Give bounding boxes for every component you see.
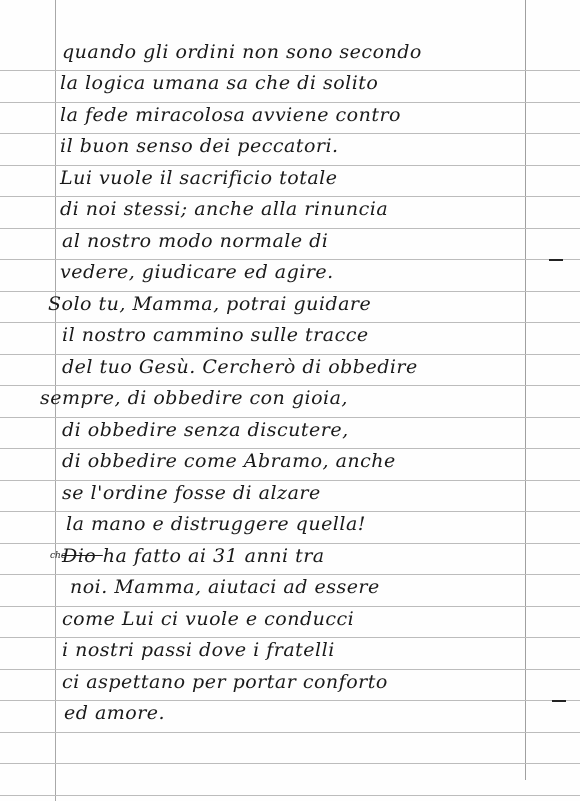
line-text: il buon senso dei peccatori. <box>60 131 339 162</box>
handwritten-line: di obbedire come Abramo, anche <box>0 448 580 479</box>
handwritten-line: come Lui ci vuole e conducci <box>0 606 580 637</box>
handwritten-line: il buon senso dei peccatori. <box>0 133 580 164</box>
handwritten-line: vedere, giudicare ed agire. <box>0 259 580 290</box>
line-text: sempre, di obbedire con gioia, <box>40 383 348 414</box>
line-text: ed amore. <box>64 698 165 729</box>
line-text: Lui vuole il sacrificio totale <box>60 163 337 194</box>
line-text: di noi stessi; anche alla rinuncia <box>60 194 388 225</box>
handwritten-line: noi. Mamma, aiutaci ad essere <box>0 574 580 605</box>
handwritten-line: del tuo Gesù. Cercherò di obbedire <box>0 354 580 385</box>
line-text: al nostro modo normale di <box>62 226 328 257</box>
notebook-page: quando gli ordini non sono secondola log… <box>0 0 580 801</box>
handwritten-line: di noi stessi; anche alla rinuncia <box>0 196 580 227</box>
handwritten-line: la fede miracolosa avviene contro <box>0 102 580 133</box>
handwritten-line: i nostri passi dove i fratelli <box>0 637 580 668</box>
line-text: Solo tu, Mamma, potrai guidare <box>48 289 371 320</box>
handwritten-line: la logica umana sa che di solito <box>0 70 580 101</box>
line-text: del tuo Gesù. Cercherò di obbedire <box>62 352 418 383</box>
line-text: la logica umana sa che di solito <box>60 68 378 99</box>
line-text: di obbedire come Abramo, anche <box>62 446 396 477</box>
line-text: vedere, giudicare ed agire. <box>60 257 334 288</box>
line-text: se l'ordine fosse di alzare <box>62 478 321 509</box>
handwritten-line: quando gli ordini non sono secondo <box>0 39 580 70</box>
handwritten-line: di obbedire senza discutere, <box>0 417 580 448</box>
handwritten-line: il nostro cammino sulle tracce <box>0 322 580 353</box>
line-text: la fede miracolosa avviene contro <box>60 100 401 131</box>
line-text: il nostro cammino sulle tracce <box>62 320 369 351</box>
line-text: come Lui ci vuole e conducci <box>62 604 354 635</box>
handwritten-line: ed amore. <box>0 700 580 731</box>
line-text: quando gli ordini non sono secondo <box>62 37 422 68</box>
handwritten-line: se l'ordine fosse di alzare <box>0 480 580 511</box>
ruled-line <box>0 763 580 764</box>
handwritten-line: la mano e distruggere quella! <box>0 511 580 542</box>
handwritten-line: sempre, di obbedire con gioia, <box>0 385 580 416</box>
ruled-line <box>0 732 580 733</box>
ruled-line <box>0 795 580 796</box>
line-text: di obbedire senza discutere, <box>62 415 349 446</box>
handwritten-line: Lui vuole il sacrificio totale <box>0 165 580 196</box>
line-text: Dio ha fatto ai 31 anni tra <box>62 541 325 572</box>
handwritten-line: ci aspettano per portar conforto <box>0 669 580 700</box>
line-text: la mano e distruggere quella! <box>66 509 366 540</box>
handwritten-line: Solo tu, Mamma, potrai guidare <box>0 291 580 322</box>
line-text: i nostri passi dove i fratelli <box>62 635 335 666</box>
line-text: noi. Mamma, aiutaci ad essere <box>70 572 380 603</box>
handwritten-line: Dio ha fatto ai 31 anni tra <box>0 543 580 574</box>
line-text: ci aspettano per portar conforto <box>62 667 388 698</box>
struck-word: Dio <box>62 545 103 567</box>
handwritten-line: al nostro modo normale di <box>0 228 580 259</box>
